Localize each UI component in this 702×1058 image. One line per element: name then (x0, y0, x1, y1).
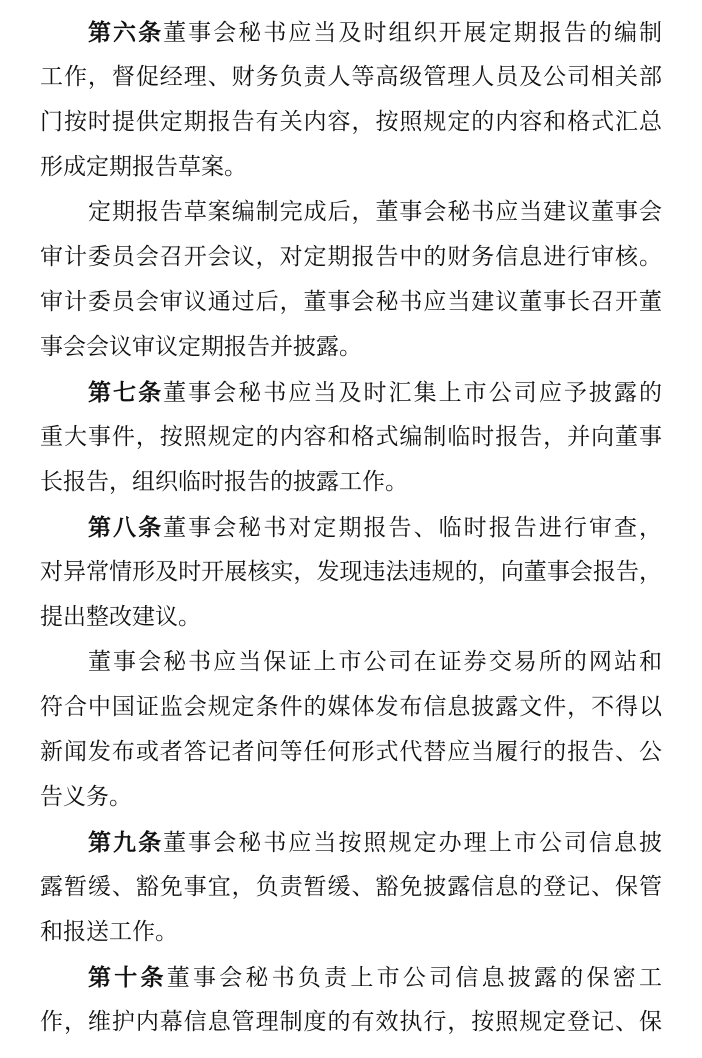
article-9-paragraph: 第九条董事会秘书应当按照规定办理上市公司信息披 露暂缓、豁免事宜，负责暂缓、豁免… (40, 820, 662, 955)
text-line: 和报送工作。 (40, 910, 662, 955)
text-line: 第九条董事会秘书应当按照规定办理上市公司信息披 (40, 820, 662, 865)
article-8-second-paragraph: 董事会秘书应当保证上市公司在证券交易所的网站和 符合中国证监会规定条件的媒体发布… (40, 640, 662, 820)
line-text: 董事会秘书负责上市公司信息披露的保密工 (167, 965, 662, 991)
article-6-second-paragraph: 定期报告草案编制完成后，董事会秘书应当建议董事会 审计委员会召开会议，对定期报告… (40, 190, 662, 370)
text-line: 对异常情形及时开展核实，发现违法违规的，向董事会报告， (40, 550, 662, 595)
text-line: 长报告，组织临时报告的披露工作。 (40, 460, 662, 505)
article-label: 第八条 (88, 514, 163, 541)
text-line: 事会会议审议定期报告并披露。 (40, 325, 662, 370)
text-line: 门按时提供定期报告有关内容，按照规定的内容和格式汇总 (40, 100, 662, 145)
text-line: 告义务。 (40, 775, 662, 820)
article-6-paragraph: 第六条董事会秘书应当及时组织开展定期报告的编制 工作，督促经理、财务负责人等高级… (40, 10, 662, 190)
text-line: 形成定期报告草案。 (40, 145, 662, 190)
article-8-paragraph: 第八条董事会秘书对定期报告、临时报告进行审查， 对异常情形及时开展核实，发现违法… (40, 505, 662, 640)
text-line: 审计委员会审议通过后，董事会秘书应当建议董事长召开董 (40, 280, 662, 325)
article-7-paragraph: 第七条董事会秘书应当及时汇集上市公司应予披露的 重大事件，按照规定的内容和格式编… (40, 370, 662, 505)
text-line: 重大事件，按照规定的内容和格式编制临时报告，并向董事 (40, 415, 662, 460)
text-line: 露暂缓、豁免事宜，负责暂缓、豁免披露信息的登记、保管 (40, 865, 662, 910)
article-label: 第九条 (88, 829, 163, 856)
document-page: 第六条董事会秘书应当及时组织开展定期报告的编制 工作，督促经理、财务负责人等高级… (40, 10, 662, 1045)
text-line: 作，维护内幕信息管理制度的有效执行，按照规定登记、保 (40, 1000, 662, 1045)
line-text: 董事会秘书应当及时汇集上市公司应予披露的 (163, 380, 662, 406)
text-line: 第八条董事会秘书对定期报告、临时报告进行审查， (40, 505, 662, 550)
text-line: 审计委员会召开会议，对定期报告中的财务信息进行审核。 (40, 235, 662, 280)
article-label: 第六条 (88, 19, 163, 46)
text-line: 定期报告草案编制完成后，董事会秘书应当建议董事会 (40, 190, 662, 235)
article-label: 第七条 (88, 379, 163, 406)
line-text: 董事会秘书对定期报告、临时报告进行审查， (163, 515, 662, 541)
article-10-paragraph: 第十条董事会秘书负责上市公司信息披露的保密工 作，维护内幕信息管理制度的有效执行… (40, 955, 662, 1045)
text-line: 新闻发布或者答记者问等任何形式代替应当履行的报告、公 (40, 730, 662, 775)
text-line: 工作，督促经理、财务负责人等高级管理人员及公司相关部 (40, 55, 662, 100)
text-line: 第七条董事会秘书应当及时汇集上市公司应予披露的 (40, 370, 662, 415)
text-line: 符合中国证监会规定条件的媒体发布信息披露文件，不得以 (40, 685, 662, 730)
text-line: 提出整改建议。 (40, 595, 662, 640)
text-line: 第六条董事会秘书应当及时组织开展定期报告的编制 (40, 10, 662, 55)
text-line: 第十条董事会秘书负责上市公司信息披露的保密工 (40, 955, 662, 1000)
article-label: 第十条 (88, 964, 167, 991)
line-text: 董事会秘书应当按照规定办理上市公司信息披 (163, 830, 662, 856)
text-line: 董事会秘书应当保证上市公司在证券交易所的网站和 (40, 640, 662, 685)
line-text: 董事会秘书应当及时组织开展定期报告的编制 (163, 20, 662, 46)
